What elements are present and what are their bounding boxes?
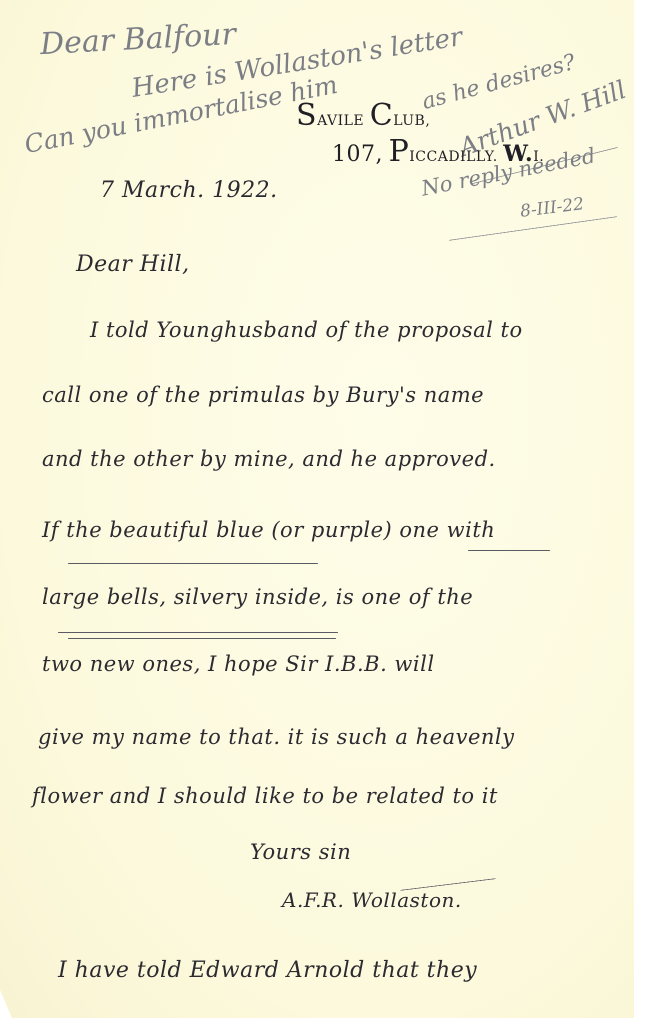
letter-salutation: Dear Hill, — [76, 252, 190, 277]
letter-closing: Yours sin — [250, 840, 351, 864]
underline-beautiful-blue — [68, 563, 318, 564]
letterhead-address: 107, PICCADILLY. W.I. — [332, 134, 544, 169]
letter-line-7: give my name to that. it is such a heave… — [38, 725, 515, 749]
letterhead-club: SAVILE CLUB, — [296, 98, 430, 133]
letter-line-6: two new ones, I hope Sir I.B.B. will — [42, 652, 435, 676]
annotation-note-date: 8-III-22 — [519, 194, 585, 222]
annotation-greeting: Dear Balfour — [39, 17, 237, 62]
letter-line-2: call one of the primulas by Bury's name — [42, 383, 484, 407]
letter-line-5: large bells, silvery inside, is one of t… — [42, 585, 473, 609]
letter-page: Dear Balfour Here is Wollaston's letter … — [0, 0, 634, 1018]
letter-date: 7 March. 1922. — [100, 178, 278, 203]
letter-line-8: flower and I should like to be related t… — [32, 784, 498, 808]
underline-one-with — [468, 550, 550, 551]
letter-postscript: I have told Edward Arnold that they — [58, 958, 477, 983]
letter-signature: A.F.R. Wollaston. — [282, 888, 462, 912]
letter-line-1: I told Younghusband of the proposal to — [90, 318, 523, 342]
letter-line-3: and the other by mine, and he approved. — [42, 447, 496, 471]
underline-large-bells — [58, 632, 338, 633]
letter-line-4: If the beautiful blue (or purple) one wi… — [42, 518, 495, 542]
underline-large-bells-2 — [68, 638, 336, 639]
